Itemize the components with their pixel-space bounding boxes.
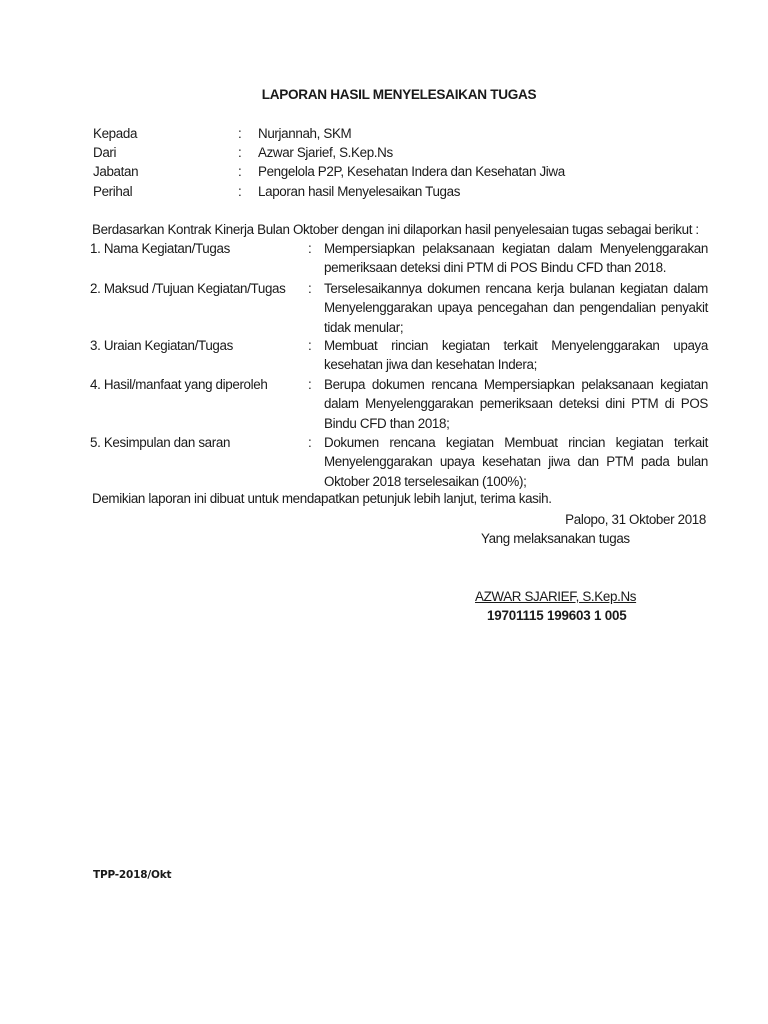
- item-label: 3. Uraian Kegiatan/Tugas: [90, 336, 233, 355]
- item-description: Mempersiapkan pelaksanaan kegiatan dalam…: [324, 239, 708, 278]
- header-label: Kepada: [93, 124, 137, 143]
- report-item-1: 1. Nama Kegiatan/Tugas : Mempersiapkan p…: [90, 239, 708, 278]
- item-description: Membuat rincian kegiatan terkait Menyele…: [324, 336, 708, 375]
- report-item-5: 5. Kesimpulan dan saran : Dokumen rencan…: [90, 433, 708, 491]
- report-item-4: 4. Hasil/manfaat yang diperoleh : Berupa…: [90, 375, 708, 433]
- item-label: 2. Maksud /Tujuan Kegiatan/Tugas: [90, 279, 286, 298]
- item-description: Dokumen rencana kegiatan Membuat rincian…: [324, 433, 708, 491]
- header-colon: :: [238, 143, 241, 162]
- header-label: Jabatan: [93, 162, 138, 181]
- header-value: Laporan hasil Menyelesaikan Tugas: [258, 182, 460, 201]
- signer-role: Yang melaksanakan tugas: [481, 529, 630, 548]
- item-colon: :: [308, 279, 311, 298]
- signer-name: AZWAR SJARIEF, S.Kep.Ns: [475, 587, 636, 606]
- item-colon: :: [308, 433, 311, 452]
- intro-paragraph: Berdasarkan Kontrak Kinerja Bulan Oktobe…: [92, 220, 699, 239]
- header-label: Perihal: [93, 182, 132, 201]
- item-colon: :: [308, 239, 311, 258]
- header-colon: :: [238, 182, 241, 201]
- header-colon: :: [238, 124, 241, 143]
- footer-document-code: TPP-2018/Okt: [93, 869, 171, 881]
- item-description: Terselesaikannya dokumen rencana kerja b…: [324, 279, 708, 337]
- header-label: Dari: [93, 143, 116, 162]
- item-label: 4. Hasil/manfaat yang diperoleh: [90, 375, 267, 394]
- header-value: Nurjannah, SKM: [258, 124, 351, 143]
- closing-paragraph: Demikian laporan ini dibuat untuk mendap…: [92, 489, 552, 508]
- report-item-2: 2. Maksud /Tujuan Kegiatan/Tugas : Terse…: [90, 279, 708, 337]
- signer-id-number: 19701115 199603 1 005: [487, 606, 627, 625]
- item-label: 1. Nama Kegiatan/Tugas: [90, 239, 230, 258]
- header-colon: :: [238, 162, 241, 181]
- header-value: Azwar Sjarief, S.Kep.Ns: [258, 143, 393, 162]
- document-title: LAPORAN HASIL MENYELESAIKAN TUGAS: [0, 87, 768, 102]
- item-colon: :: [308, 375, 311, 394]
- report-item-3: 3. Uraian Kegiatan/Tugas : Membuat rinci…: [90, 336, 708, 375]
- item-label: 5. Kesimpulan dan saran: [90, 433, 230, 452]
- document-page: LAPORAN HASIL MENYELESAIKAN TUGAS Kepada…: [0, 0, 768, 1024]
- item-colon: :: [308, 336, 311, 355]
- header-value: Pengelola P2P, Kesehatan Indera dan Kese…: [258, 162, 565, 181]
- place-date: Palopo, 31 Oktober 2018: [565, 510, 706, 529]
- item-description: Berupa dokumen rencana Mempersiapkan pel…: [324, 375, 708, 433]
